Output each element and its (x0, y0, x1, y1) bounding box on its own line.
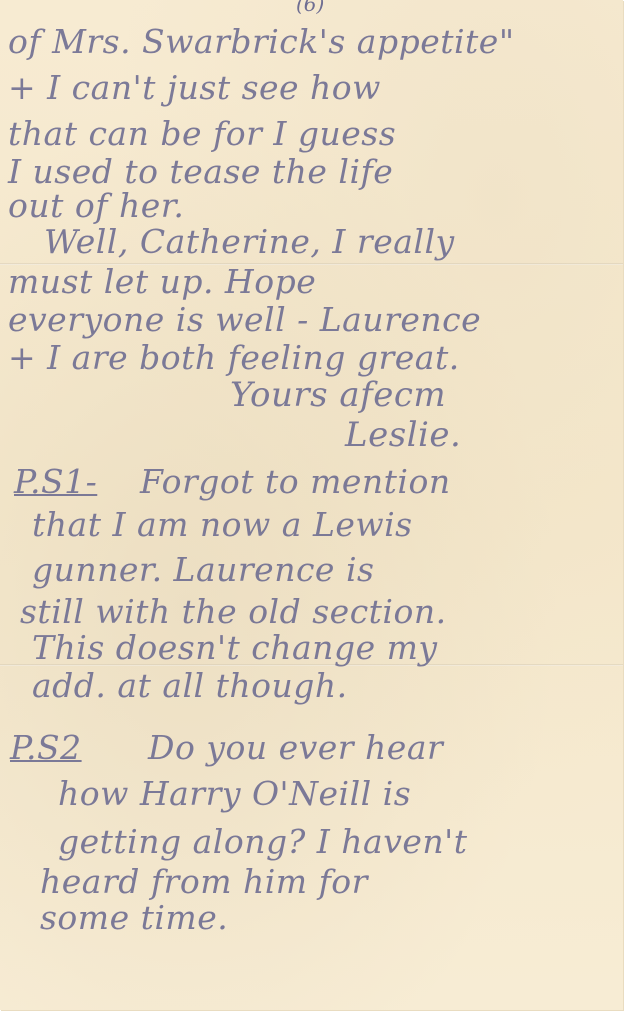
postscript-line: Do you ever hear (148, 728, 443, 767)
postscript-line: some time. (40, 898, 228, 937)
postscript-line: gunner. Laurence is (32, 550, 374, 589)
postscript-line: getting along? I haven't (58, 822, 467, 861)
letter-line: must let up. Hope (8, 262, 316, 301)
letter-signature: Leslie. (345, 415, 461, 455)
postscript-line: still with the old section. (20, 592, 447, 631)
letter-line: + I can't just see how (8, 68, 381, 107)
letter-page: (6) of Mrs. Swarbrick's appetite" + I ca… (0, 0, 623, 1010)
postscript-2-label: P.S2 (10, 728, 82, 767)
page-number: (6) (296, 0, 324, 16)
postscript-1-label: P.S1- (14, 462, 97, 501)
postscript-line: how Harry O'Neill is (58, 774, 411, 813)
postscript-line: that I am now a Lewis (32, 505, 413, 544)
letter-line: Well, Catherine, I really (44, 222, 455, 261)
letter-closing: Yours afecm (230, 375, 446, 415)
letter-line: + I are both feeling great. (8, 338, 460, 377)
postscript-line: Forgot to mention (140, 462, 451, 501)
letter-line: of Mrs. Swarbrick's appetite" (8, 22, 515, 61)
postscript-line: add. at all though. (32, 666, 348, 705)
postscript-line: This doesn't change my (32, 628, 438, 667)
letter-line: everyone is well - Laurence (8, 300, 481, 339)
letter-line: out of her. (8, 186, 184, 225)
letter-line: that can be for I guess (8, 114, 396, 153)
postscript-line: heard from him for (40, 862, 368, 901)
